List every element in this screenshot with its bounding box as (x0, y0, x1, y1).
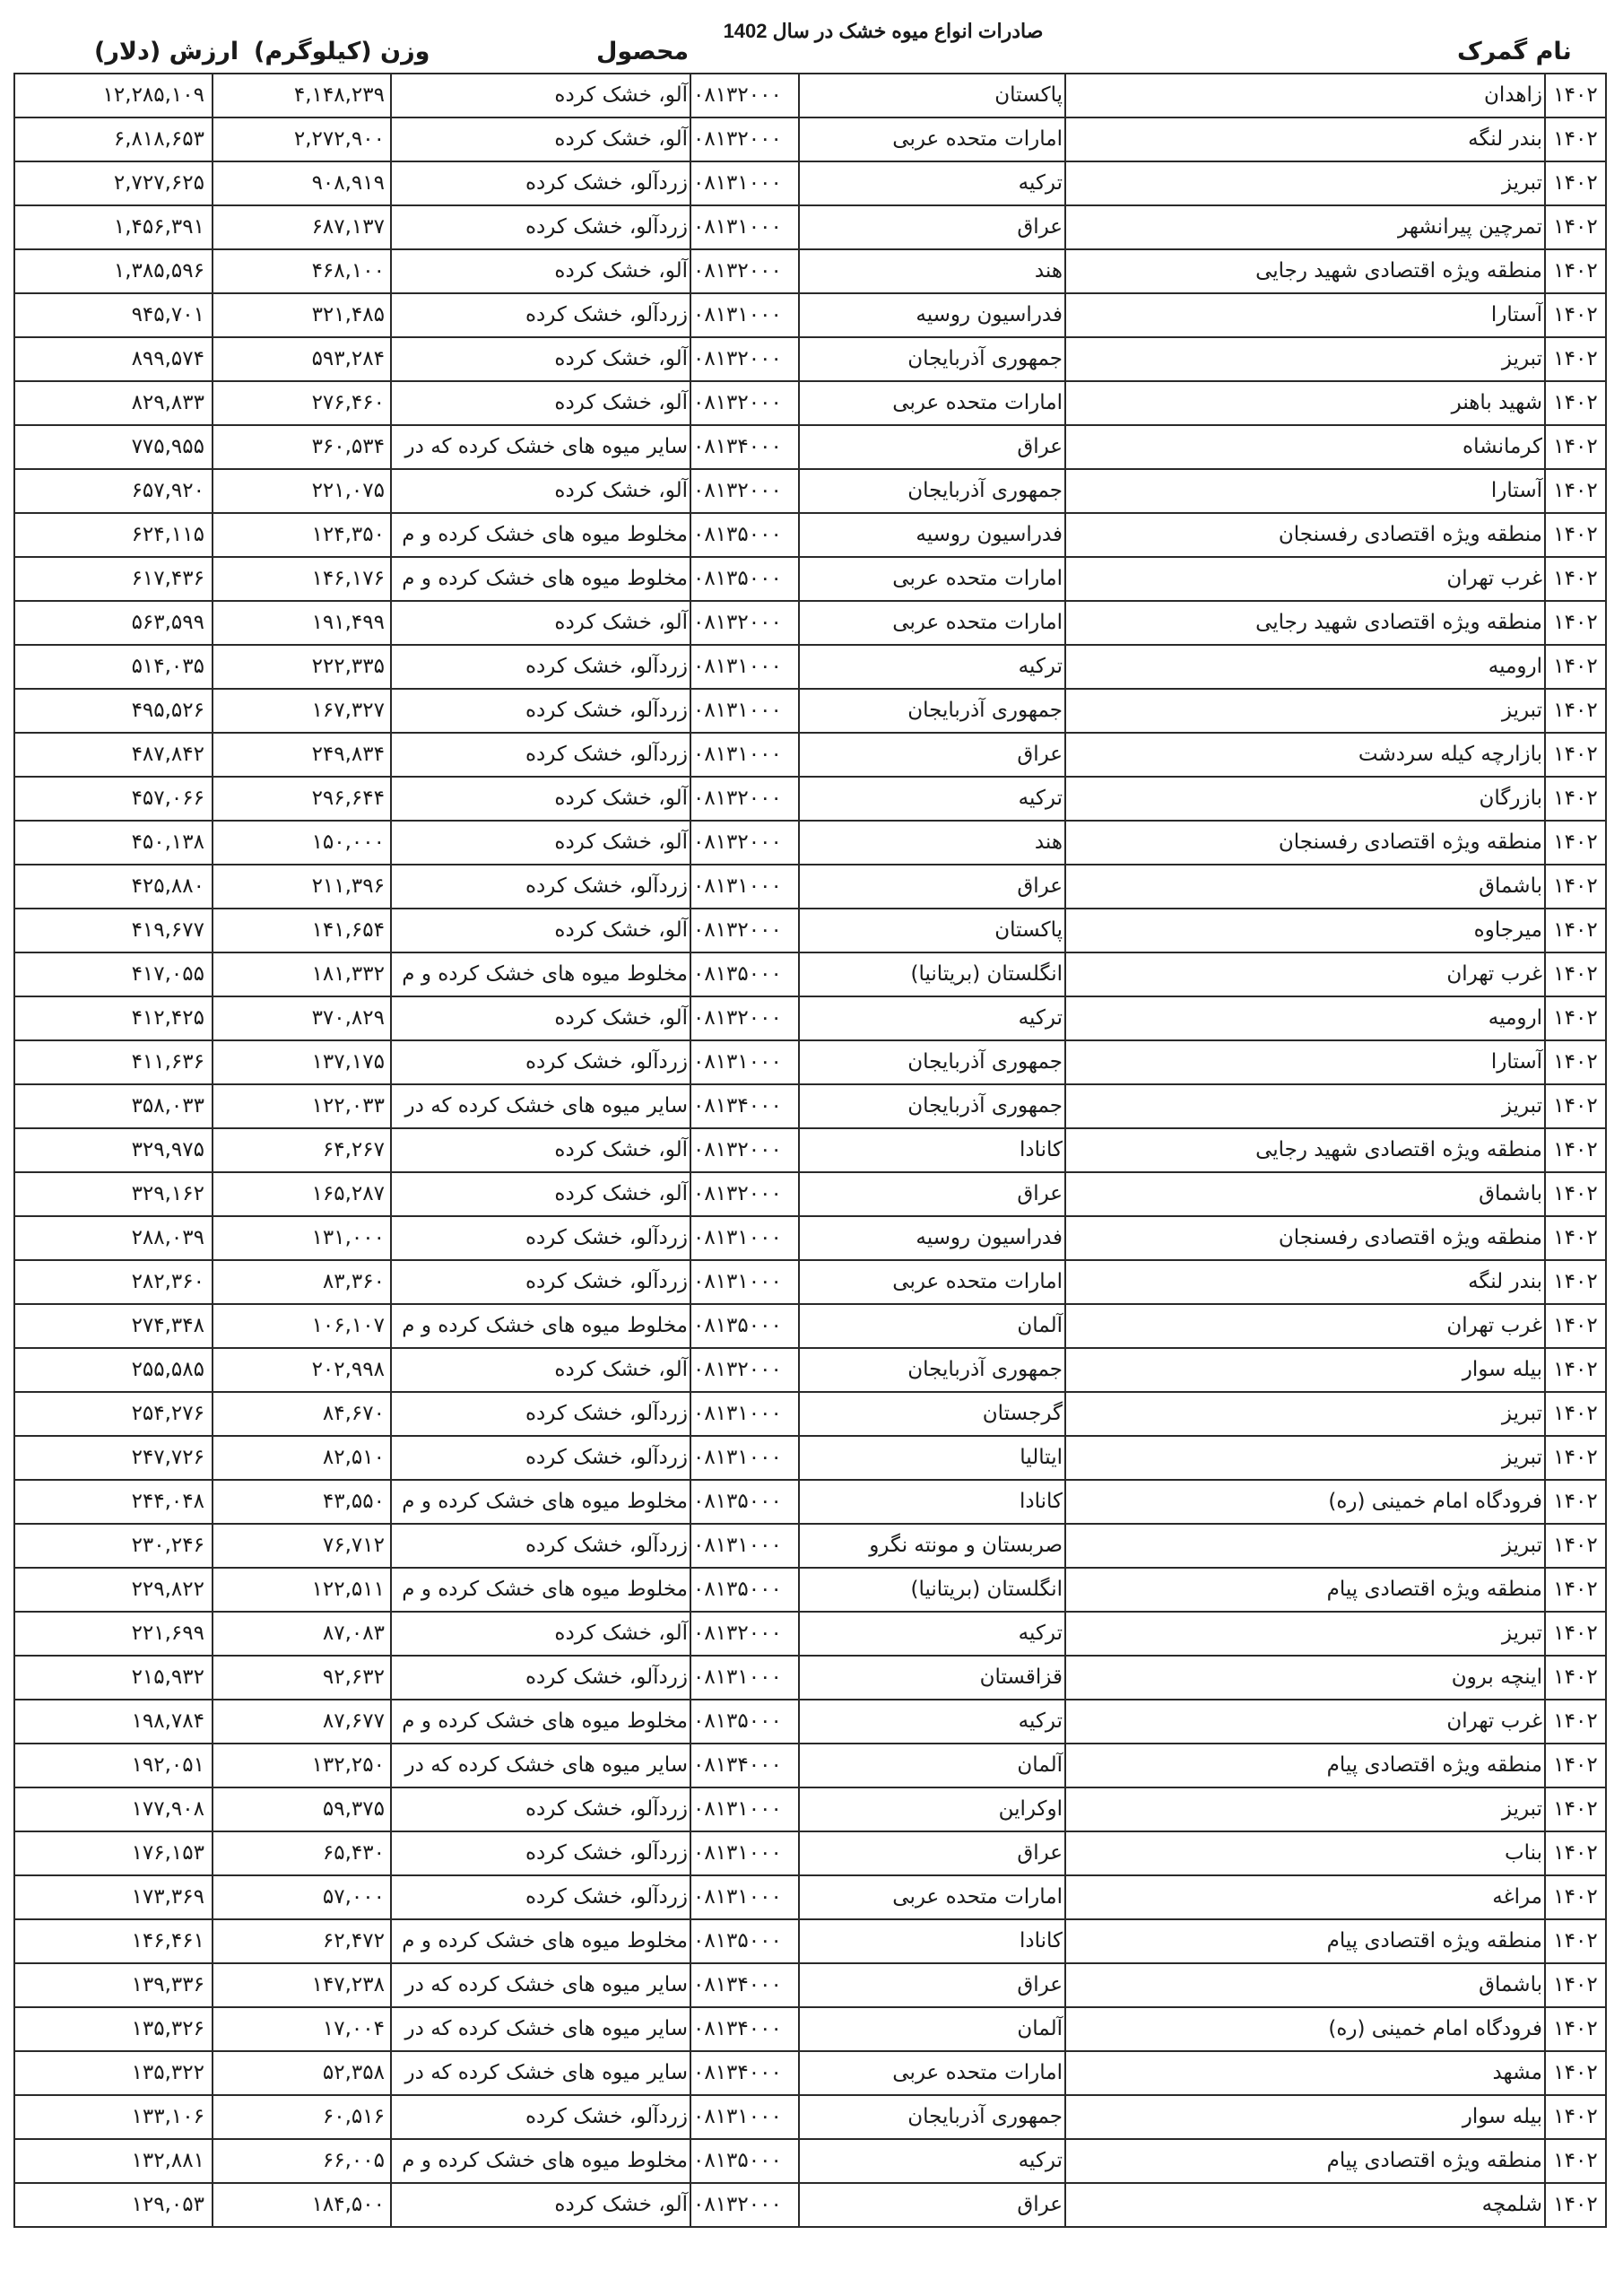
cell-product: آلو، خشک کرده (392, 338, 691, 380)
table-row: ۴۱۲,۴۲۵ ۳۷۰,۸۲۹ آلو، خشک کرده ۰۸۱۳۲۰۰۰ ت… (13, 997, 1607, 1041)
cell-value: ۱۳۲,۸۸۱ (13, 2140, 213, 2182)
cell-hs-code: ۰۸۱۳۱۰۰۰ (691, 1832, 800, 1874)
cell-customs: فرودگاه امام خمینی (ره) (1066, 1481, 1546, 1523)
table-row: ۶۱۷,۴۳۶ ۱۴۶,۱۷۶ مخلوط میوه های خشک کرده … (13, 558, 1607, 602)
cell-weight: ۷۶,۷۱۲ (213, 1525, 392, 1567)
cell-product: زردآلو، خشک کرده (392, 1657, 691, 1699)
cell-year: ۱۴۰۲ (1546, 1041, 1607, 1083)
table-row: ۵۱۴,۰۳۵ ۲۲۲,۳۳۵ زردآلو، خشک کرده ۰۸۱۳۱۰۰… (13, 646, 1607, 690)
cell-hs-code: ۰۸۱۳۵۰۰۰ (691, 1481, 800, 1523)
cell-weight: ۵۷,۰۰۰ (213, 1876, 392, 1918)
cell-weight: ۴۶۸,۱۰۰ (213, 250, 392, 292)
cell-value: ۵۱۴,۰۳۵ (13, 646, 213, 688)
cell-value: ۱۴۶,۴۶۱ (13, 1920, 213, 1962)
cell-customs: شلمچه (1066, 2184, 1546, 2226)
cell-hs-code: ۰۸۱۳۴۰۰۰ (691, 1744, 800, 1787)
cell-hs-code: ۰۸۱۳۴۰۰۰ (691, 426, 800, 468)
cell-value: ۱۳۵,۳۲۲ (13, 2052, 213, 2094)
column-header-customs: نام گمرک (1457, 38, 1572, 65)
cell-year: ۱۴۰۲ (1546, 1876, 1607, 1918)
table-row: ۴۵۷,۰۶۶ ۲۹۶,۶۴۴ آلو، خشک کرده ۰۸۱۳۲۰۰۰ ت… (13, 778, 1607, 822)
cell-customs: منطقه ویژه اقتصادی رفسنجان (1066, 1217, 1546, 1259)
cell-hs-code: ۰۸۱۳۲۰۰۰ (691, 909, 800, 952)
cell-weight: ۲۱۱,۳۹۶ (213, 865, 392, 908)
cell-country: صربستان و مونته نگرو (800, 1525, 1066, 1567)
cell-country: فدراسیون روسیه (800, 294, 1066, 336)
cell-value: ۹۴۵,۷۰۱ (13, 294, 213, 336)
table-row: ۲۳۰,۲۴۶ ۷۶,۷۱۲ زردآلو، خشک کرده ۰۸۱۳۱۰۰۰… (13, 1525, 1607, 1569)
cell-customs: باشماق (1066, 865, 1546, 908)
cell-hs-code: ۰۸۱۳۱۰۰۰ (691, 1041, 800, 1083)
cell-country: فدراسیون روسیه (800, 514, 1066, 556)
cell-hs-code: ۰۸۱۳۱۰۰۰ (691, 1217, 800, 1259)
cell-weight: ۹۲,۶۳۲ (213, 1657, 392, 1699)
cell-hs-code: ۰۸۱۳۲۰۰۰ (691, 1173, 800, 1215)
cell-weight: ۶۶,۰۰۵ (213, 2140, 392, 2182)
cell-product: زردآلو، خشک کرده (392, 1788, 691, 1831)
cell-hs-code: ۰۸۱۳۱۰۰۰ (691, 646, 800, 688)
table-row: ۸۲۹,۸۳۳ ۲۷۶,۴۶۰ آلو، خشک کرده ۰۸۱۳۲۰۰۰ ا… (13, 382, 1607, 426)
cell-weight: ۶۵,۴۳۰ (213, 1832, 392, 1874)
cell-value: ۲۵۴,۲۷۶ (13, 1393, 213, 1435)
table-row: ۱۲۹,۰۵۳ ۱۸۴,۵۰۰ آلو، خشک کرده ۰۸۱۳۲۰۰۰ ع… (13, 2184, 1607, 2228)
cell-year: ۱۴۰۲ (1546, 997, 1607, 1039)
cell-customs: تبریز (1066, 1085, 1546, 1127)
cell-country: هند (800, 250, 1066, 292)
cell-value: ۱۷۶,۱۵۳ (13, 1832, 213, 1874)
cell-value: ۶۱۷,۴۳۶ (13, 558, 213, 600)
cell-country: عراق (800, 865, 1066, 908)
cell-hs-code: ۰۸۱۳۴۰۰۰ (691, 2008, 800, 2050)
cell-year: ۱۴۰۲ (1546, 338, 1607, 380)
cell-country: عراق (800, 206, 1066, 248)
cell-value: ۴۵۷,۰۶۶ (13, 778, 213, 820)
cell-country: انگلستان (بریتانیا) (800, 953, 1066, 996)
cell-value: ۱۹۲,۰۵۱ (13, 1744, 213, 1787)
table-row: ۱۳۳,۱۰۶ ۶۰,۵۱۶ زردآلو، خشک کرده ۰۸۱۳۱۰۰۰… (13, 2096, 1607, 2140)
cell-hs-code: ۰۸۱۳۱۰۰۰ (691, 162, 800, 204)
cell-product: آلو، خشک کرده (392, 118, 691, 161)
cell-value: ۲۸۸,۰۳۹ (13, 1217, 213, 1259)
cell-value: ۳۵۸,۰۳۳ (13, 1085, 213, 1127)
cell-value: ۶۲۴,۱۱۵ (13, 514, 213, 556)
cell-weight: ۸۷,۰۸۳ (213, 1613, 392, 1655)
cell-weight: ۲۴۹,۸۳۴ (213, 734, 392, 776)
cell-hs-code: ۰۸۱۳۵۰۰۰ (691, 1920, 800, 1962)
cell-weight: ۱۸۴,۵۰۰ (213, 2184, 392, 2226)
cell-country: آلمان (800, 1744, 1066, 1787)
cell-customs: منطقه ویژه اقتصادی رفسنجان (1066, 514, 1546, 556)
cell-year: ۱۴۰۲ (1546, 2184, 1607, 2226)
cell-customs: تبریز (1066, 162, 1546, 204)
cell-year: ۱۴۰۲ (1546, 162, 1607, 204)
cell-product: سایر میوه های خشک کرده که در (392, 1085, 691, 1127)
cell-year: ۱۴۰۲ (1546, 1525, 1607, 1567)
cell-product: آلو، خشک کرده (392, 1173, 691, 1215)
cell-value: ۴۱۲,۴۲۵ (13, 997, 213, 1039)
cell-customs: شهید باهنر (1066, 382, 1546, 424)
cell-weight: ۱۶۵,۲۸۷ (213, 1173, 392, 1215)
cell-product: سایر میوه های خشک کرده که در (392, 1744, 691, 1787)
cell-customs: فرودگاه امام خمینی (ره) (1066, 2008, 1546, 2050)
cell-year: ۱۴۰۲ (1546, 865, 1607, 908)
table-row: ۹۴۵,۷۰۱ ۳۲۱,۴۸۵ زردآلو، خشک کرده ۰۸۱۳۱۰۰… (13, 294, 1607, 338)
cell-year: ۱۴۰۲ (1546, 206, 1607, 248)
cell-product: آلو، خشک کرده (392, 1613, 691, 1655)
cell-weight: ۱۰۶,۱۰۷ (213, 1305, 392, 1347)
cell-hs-code: ۰۸۱۳۲۰۰۰ (691, 997, 800, 1039)
table-row: ۴۱۹,۶۷۷ ۱۴۱,۶۵۴ آلو، خشک کرده ۰۸۱۳۲۰۰۰ پ… (13, 909, 1607, 953)
cell-value: ۱۳۳,۱۰۶ (13, 2096, 213, 2138)
cell-year: ۱۴۰۲ (1546, 1173, 1607, 1215)
cell-weight: ۱۸۱,۳۳۲ (213, 953, 392, 996)
table-row: ۶,۸۱۸,۶۵۳ ۲,۲۷۲,۹۰۰ آلو، خشک کرده ۰۸۱۳۲۰… (13, 118, 1607, 162)
cell-year: ۱۴۰۲ (1546, 1085, 1607, 1127)
cell-weight: ۵۲,۳۵۸ (213, 2052, 392, 2094)
cell-year: ۱۴۰۲ (1546, 646, 1607, 688)
cell-value: ۲۷۴,۳۴۸ (13, 1305, 213, 1347)
cell-customs: آستارا (1066, 1041, 1546, 1083)
table-row: ۲۲۱,۶۹۹ ۸۷,۰۸۳ آلو، خشک کرده ۰۸۱۳۲۰۰۰ تر… (13, 1613, 1607, 1657)
cell-customs: مراغه (1066, 1876, 1546, 1918)
table-row: ۴۱۱,۶۳۶ ۱۳۷,۱۷۵ زردآلو، خشک کرده ۰۸۱۳۱۰۰… (13, 1041, 1607, 1085)
cell-hs-code: ۰۸۱۳۱۰۰۰ (691, 294, 800, 336)
cell-value: ۱۷۷,۹۰۸ (13, 1788, 213, 1831)
cell-weight: ۱۳۲,۲۵۰ (213, 1744, 392, 1787)
cell-hs-code: ۰۸۱۳۲۰۰۰ (691, 250, 800, 292)
table-row: ۱,۴۵۶,۳۹۱ ۶۸۷,۱۳۷ زردآلو، خشک کرده ۰۸۱۳۱… (13, 206, 1607, 250)
cell-country: کانادا (800, 1920, 1066, 1962)
cell-product: آلو، خشک کرده (392, 250, 691, 292)
table-row: ۷۷۵,۹۵۵ ۳۶۰,۵۳۴ سایر میوه های خشک کرده ک… (13, 426, 1607, 470)
cell-product: مخلوط میوه های خشک کرده و م (392, 1569, 691, 1611)
cell-year: ۱۴۰۲ (1546, 382, 1607, 424)
column-header-weight: وزن (کیلوگرم) (254, 38, 430, 65)
cell-year: ۱۴۰۲ (1546, 822, 1607, 864)
cell-hs-code: ۰۸۱۳۱۰۰۰ (691, 1437, 800, 1479)
cell-customs: بناب (1066, 1832, 1546, 1874)
cell-weight: ۸۷,۶۷۷ (213, 1700, 392, 1743)
cell-year: ۱۴۰۲ (1546, 1788, 1607, 1831)
cell-year: ۱۴۰۲ (1546, 778, 1607, 820)
cell-hs-code: ۰۸۱۳۲۰۰۰ (691, 2184, 800, 2226)
cell-hs-code: ۰۸۱۳۱۰۰۰ (691, 1876, 800, 1918)
cell-product: آلو، خشک کرده (392, 1349, 691, 1391)
cell-value: ۲۴۴,۰۴۸ (13, 1481, 213, 1523)
table-row: ۳۲۹,۱۶۲ ۱۶۵,۲۸۷ آلو، خشک کرده ۰۸۱۳۲۰۰۰ ع… (13, 1173, 1607, 1217)
cell-year: ۱۴۰۲ (1546, 1481, 1607, 1523)
cell-hs-code: ۰۸۱۳۱۰۰۰ (691, 1525, 800, 1567)
cell-customs: تبریز (1066, 1613, 1546, 1655)
table-row: ۲۱۵,۹۳۲ ۹۲,۶۳۲ زردآلو، خشک کرده ۰۸۱۳۱۰۰۰… (13, 1657, 1607, 1700)
cell-year: ۱۴۰۲ (1546, 1657, 1607, 1699)
cell-country: کانادا (800, 1481, 1066, 1523)
cell-hs-code: ۰۸۱۳۱۰۰۰ (691, 1788, 800, 1831)
table-row: ۴۲۵,۸۸۰ ۲۱۱,۳۹۶ زردآلو، خشک کرده ۰۸۱۳۱۰۰… (13, 865, 1607, 909)
cell-hs-code: ۰۸۱۳۴۰۰۰ (691, 1085, 800, 1127)
cell-hs-code: ۰۸۱۳۵۰۰۰ (691, 953, 800, 996)
cell-customs: تبریز (1066, 1393, 1546, 1435)
cell-product: آلو، خشک کرده (392, 382, 691, 424)
table-row: ۱۴۶,۴۶۱ ۶۲,۴۷۲ مخلوط میوه های خشک کرده و… (13, 1920, 1607, 1964)
cell-country: ترکیه (800, 778, 1066, 820)
cell-year: ۱۴۰۲ (1546, 426, 1607, 468)
cell-value: ۶,۸۱۸,۶۵۳ (13, 118, 213, 161)
cell-year: ۱۴۰۲ (1546, 1832, 1607, 1874)
cell-value: ۲۸۲,۳۶۰ (13, 1261, 213, 1303)
cell-value: ۴۱۱,۶۳۶ (13, 1041, 213, 1083)
cell-product: آلو، خشک کرده (392, 470, 691, 512)
cell-product: زردآلو، خشک کرده (392, 1393, 691, 1435)
cell-country: ترکیه (800, 1613, 1066, 1655)
cell-country: اوکراین (800, 1788, 1066, 1831)
cell-year: ۱۴۰۲ (1546, 1393, 1607, 1435)
cell-value: ۱۳۵,۳۲۶ (13, 2008, 213, 2050)
cell-country: عراق (800, 426, 1066, 468)
cell-year: ۱۴۰۲ (1546, 294, 1607, 336)
cell-country: پاکستان (800, 909, 1066, 952)
cell-country: کانادا (800, 1129, 1066, 1171)
cell-year: ۱۴۰۲ (1546, 2052, 1607, 2094)
cell-value: ۸۹۹,۵۷۴ (13, 338, 213, 380)
cell-hs-code: ۰۸۱۳۲۰۰۰ (691, 470, 800, 512)
cell-customs: ارومیه (1066, 997, 1546, 1039)
cell-customs: باشماق (1066, 1173, 1546, 1215)
cell-year: ۱۴۰۲ (1546, 514, 1607, 556)
cell-product: مخلوط میوه های خشک کرده و م (392, 514, 691, 556)
cell-customs: اینچه برون (1066, 1657, 1546, 1699)
table-row: ۴۹۵,۵۲۶ ۱۶۷,۳۲۷ زردآلو، خشک کرده ۰۸۱۳۱۰۰… (13, 690, 1607, 734)
cell-product: مخلوط میوه های خشک کرده و م (392, 1700, 691, 1743)
cell-country: امارات متحده عربی (800, 602, 1066, 644)
cell-product: زردآلو، خشک کرده (392, 734, 691, 776)
table-row: ۱۷۳,۳۶۹ ۵۷,۰۰۰ زردآلو، خشک کرده ۰۸۱۳۱۰۰۰… (13, 1876, 1607, 1920)
cell-weight: ۱۳۱,۰۰۰ (213, 1217, 392, 1259)
cell-customs: غرب تهران (1066, 1700, 1546, 1743)
cell-year: ۱۴۰۲ (1546, 1744, 1607, 1787)
table-row: ۶۲۴,۱۱۵ ۱۲۴,۳۵۰ مخلوط میوه های خشک کرده … (13, 514, 1607, 558)
cell-customs: منطقه ویژه اقتصادی پیام (1066, 1920, 1546, 1962)
cell-customs: منطقه ویژه اقتصادی پیام (1066, 1569, 1546, 1611)
cell-country: امارات متحده عربی (800, 558, 1066, 600)
cell-product: زردآلو، خشک کرده (392, 2096, 691, 2138)
cell-product: زردآلو، خشک کرده (392, 206, 691, 248)
table-row: ۲۸۸,۰۳۹ ۱۳۱,۰۰۰ زردآلو، خشک کرده ۰۸۱۳۱۰۰… (13, 1217, 1607, 1261)
cell-customs: منطقه ویژه اقتصادی پیام (1066, 1744, 1546, 1787)
cell-hs-code: ۰۸۱۳۲۰۰۰ (691, 778, 800, 820)
cell-hs-code: ۰۸۱۳۱۰۰۰ (691, 206, 800, 248)
cell-weight: ۲۰۲,۹۹۸ (213, 1349, 392, 1391)
table-row: ۲۴۴,۰۴۸ ۴۳,۵۵۰ مخلوط میوه های خشک کرده و… (13, 1481, 1607, 1525)
cell-hs-code: ۰۸۱۳۵۰۰۰ (691, 558, 800, 600)
cell-hs-code: ۰۸۱۳۲۰۰۰ (691, 338, 800, 380)
cell-weight: ۶۴,۲۶۷ (213, 1129, 392, 1171)
cell-weight: ۱۴۱,۶۵۴ (213, 909, 392, 952)
cell-product: آلو، خشک کرده (392, 822, 691, 864)
cell-value: ۴۱۷,۰۵۵ (13, 953, 213, 996)
cell-customs: تبریز (1066, 338, 1546, 380)
table-row: ۱,۳۸۵,۵۹۶ ۴۶۸,۱۰۰ آلو، خشک کرده ۰۸۱۳۲۰۰۰… (13, 250, 1607, 294)
cell-value: ۴۲۵,۸۸۰ (13, 865, 213, 908)
table-row: ۲۴۷,۷۲۶ ۸۲,۵۱۰ زردآلو، خشک کرده ۰۸۱۳۱۰۰۰… (13, 1437, 1607, 1481)
cell-year: ۱۴۰۲ (1546, 602, 1607, 644)
cell-customs: غرب تهران (1066, 953, 1546, 996)
cell-hs-code: ۰۸۱۳۱۰۰۰ (691, 1393, 800, 1435)
cell-product: زردآلو، خشک کرده (392, 646, 691, 688)
cell-weight: ۱۴۶,۱۷۶ (213, 558, 392, 600)
cell-product: سایر میوه های خشک کرده که در (392, 426, 691, 468)
table-row: ۶۵۷,۹۲۰ ۲۲۱,۰۷۵ آلو، خشک کرده ۰۸۱۳۲۰۰۰ ج… (13, 470, 1607, 514)
cell-country: عراق (800, 1173, 1066, 1215)
cell-value: ۲۵۵,۵۸۵ (13, 1349, 213, 1391)
cell-weight: ۸۲,۵۱۰ (213, 1437, 392, 1479)
cell-product: مخلوط میوه های خشک کرده و م (392, 1305, 691, 1347)
cell-hs-code: ۰۸۱۳۵۰۰۰ (691, 1569, 800, 1611)
table-row: ۴۱۷,۰۵۵ ۱۸۱,۳۳۲ مخلوط میوه های خشک کرده … (13, 953, 1607, 997)
cell-customs: تبریز (1066, 690, 1546, 732)
cell-country: ترکیه (800, 997, 1066, 1039)
cell-weight: ۱۲۴,۳۵۰ (213, 514, 392, 556)
cell-country: فدراسیون روسیه (800, 1217, 1066, 1259)
cell-year: ۱۴۰۲ (1546, 953, 1607, 996)
cell-year: ۱۴۰۲ (1546, 250, 1607, 292)
cell-product: زردآلو، خشک کرده (392, 1876, 691, 1918)
table-row: ۲۵۵,۵۸۵ ۲۰۲,۹۹۸ آلو، خشک کرده ۰۸۱۳۲۰۰۰ ج… (13, 1349, 1607, 1393)
cell-year: ۱۴۰۲ (1546, 1700, 1607, 1743)
cell-product: آلو، خشک کرده (392, 909, 691, 952)
cell-weight: ۲۷۶,۴۶۰ (213, 382, 392, 424)
cell-value: ۱۲۹,۰۵۳ (13, 2184, 213, 2226)
cell-weight: ۱۷,۰۰۴ (213, 2008, 392, 2050)
cell-value: ۱,۴۵۶,۳۹۱ (13, 206, 213, 248)
table-row: ۲,۷۲۷,۶۲۵ ۹۰۸,۹۱۹ زردآلو، خشک کرده ۰۸۱۳۱… (13, 162, 1607, 206)
table-row: ۲۵۴,۲۷۶ ۸۴,۶۷۰ زردآلو، خشک کرده ۰۸۱۳۱۰۰۰… (13, 1393, 1607, 1437)
table-row: ۵۶۳,۵۹۹ ۱۹۱,۴۹۹ آلو، خشک کرده ۰۸۱۳۲۰۰۰ ا… (13, 602, 1607, 646)
cell-year: ۱۴۰۲ (1546, 558, 1607, 600)
cell-product: سایر میوه های خشک کرده که در (392, 2008, 691, 2050)
table-row: ۱۹۲,۰۵۱ ۱۳۲,۲۵۰ سایر میوه های خشک کرده ک… (13, 1744, 1607, 1788)
cell-weight: ۴۳,۵۵۰ (213, 1481, 392, 1523)
cell-year: ۱۴۰۲ (1546, 1920, 1607, 1962)
cell-value: ۲۱۵,۹۳۲ (13, 1657, 213, 1699)
cell-customs: تمرچین پیرانشهر (1066, 206, 1546, 248)
cell-value: ۵۶۳,۵۹۹ (13, 602, 213, 644)
cell-customs: بیله سوار (1066, 2096, 1546, 2138)
cell-value: ۲۴۷,۷۲۶ (13, 1437, 213, 1479)
cell-product: زردآلو، خشک کرده (392, 1525, 691, 1567)
cell-hs-code: ۰۸۱۳۲۰۰۰ (691, 382, 800, 424)
cell-customs: باشماق (1066, 1964, 1546, 2006)
cell-country: عراق (800, 1964, 1066, 2006)
cell-weight: ۸۳,۳۶۰ (213, 1261, 392, 1303)
cell-weight: ۴,۱۴۸,۲۳۹ (213, 74, 392, 117)
cell-customs: بندر لنگه (1066, 118, 1546, 161)
cell-value: ۳۲۹,۹۷۵ (13, 1129, 213, 1171)
table-row: ۱۳۵,۳۲۲ ۵۲,۳۵۸ سایر میوه های خشک کرده که… (13, 2052, 1607, 2096)
cell-weight: ۱۵۰,۰۰۰ (213, 822, 392, 864)
cell-weight: ۱۲۲,۰۳۳ (213, 1085, 392, 1127)
cell-product: زردآلو، خشک کرده (392, 865, 691, 908)
cell-country: امارات متحده عربی (800, 118, 1066, 161)
exports-table: ۱۲,۲۸۵,۱۰۹ ۴,۱۴۸,۲۳۹ آلو، خشک کرده ۰۸۱۳۲… (13, 73, 1607, 2228)
cell-weight: ۱۴۷,۲۳۸ (213, 1964, 392, 2006)
cell-customs: غرب تهران (1066, 558, 1546, 600)
cell-product: آلو، خشک کرده (392, 1129, 691, 1171)
cell-year: ۱۴۰۲ (1546, 734, 1607, 776)
cell-customs: آستارا (1066, 294, 1546, 336)
cell-value: ۶۵۷,۹۲۰ (13, 470, 213, 512)
cell-country: هند (800, 822, 1066, 864)
cell-country: آلمان (800, 1305, 1066, 1347)
cell-hs-code: ۰۸۱۳۲۰۰۰ (691, 822, 800, 864)
cell-weight: ۱۶۷,۳۲۷ (213, 690, 392, 732)
cell-year: ۱۴۰۲ (1546, 2096, 1607, 2138)
cell-year: ۱۴۰۲ (1546, 1437, 1607, 1479)
cell-weight: ۶۰,۵۱۶ (213, 2096, 392, 2138)
cell-year: ۱۴۰۲ (1546, 1217, 1607, 1259)
cell-customs: منطقه ویژه اقتصادی شهید رجایی (1066, 602, 1546, 644)
cell-hs-code: ۰۸۱۳۵۰۰۰ (691, 1305, 800, 1347)
cell-country: قزاقستان (800, 1657, 1066, 1699)
cell-value: ۲۲۹,۸۲۲ (13, 1569, 213, 1611)
table-row: ۱۳۲,۸۸۱ ۶۶,۰۰۵ مخلوط میوه های خشک کرده و… (13, 2140, 1607, 2184)
table-row: ۱۲,۲۸۵,۱۰۹ ۴,۱۴۸,۲۳۹ آلو، خشک کرده ۰۸۱۳۲… (13, 74, 1607, 118)
cell-year: ۱۴۰۲ (1546, 690, 1607, 732)
table-row: ۲۸۲,۳۶۰ ۸۳,۳۶۰ زردآلو، خشک کرده ۰۸۱۳۱۰۰۰… (13, 1261, 1607, 1305)
cell-product: مخلوط میوه های خشک کرده و م (392, 1481, 691, 1523)
cell-year: ۱۴۰۲ (1546, 1129, 1607, 1171)
cell-customs: بازرگان (1066, 778, 1546, 820)
cell-hs-code: ۰۸۱۳۱۰۰۰ (691, 734, 800, 776)
cell-weight: ۲۹۶,۶۴۴ (213, 778, 392, 820)
cell-country: عراق (800, 1832, 1066, 1874)
cell-country: عراق (800, 734, 1066, 776)
cell-customs: آستارا (1066, 470, 1546, 512)
cell-weight: ۶۲,۴۷۲ (213, 1920, 392, 1962)
cell-hs-code: ۰۸۱۳۴۰۰۰ (691, 1964, 800, 2006)
cell-hs-code: ۰۸۱۳۲۰۰۰ (691, 1349, 800, 1391)
cell-value: ۱۹۸,۷۸۴ (13, 1700, 213, 1743)
cell-hs-code: ۰۸۱۳۲۰۰۰ (691, 602, 800, 644)
cell-customs: منطقه ویژه اقتصادی شهید رجایی (1066, 250, 1546, 292)
cell-country: امارات متحده عربی (800, 382, 1066, 424)
cell-weight: ۱۲۲,۵۱۱ (213, 1569, 392, 1611)
cell-product: زردآلو، خشک کرده (392, 690, 691, 732)
cell-product: زردآلو، خشک کرده (392, 1832, 691, 1874)
cell-weight: ۱۳۷,۱۷۵ (213, 1041, 392, 1083)
cell-year: ۱۴۰۲ (1546, 1569, 1607, 1611)
cell-country: گرجستان (800, 1393, 1066, 1435)
cell-customs: زاهدان (1066, 74, 1546, 117)
cell-year: ۱۴۰۲ (1546, 118, 1607, 161)
cell-customs: بازارچه کیله سردشت (1066, 734, 1546, 776)
cell-year: ۱۴۰۲ (1546, 1349, 1607, 1391)
cell-product: زردآلو، خشک کرده (392, 1261, 691, 1303)
cell-country: امارات متحده عربی (800, 1261, 1066, 1303)
cell-product: زردآلو، خشک کرده (392, 1041, 691, 1083)
cell-country: عراق (800, 2184, 1066, 2226)
cell-product: زردآلو، خشک کرده (392, 294, 691, 336)
cell-product: آلو، خشک کرده (392, 778, 691, 820)
cell-country: جمهوری آذربایجان (800, 1085, 1066, 1127)
cell-customs: غرب تهران (1066, 1305, 1546, 1347)
cell-year: ۱۴۰۲ (1546, 2008, 1607, 2050)
cell-weight: ۲۲۲,۳۳۵ (213, 646, 392, 688)
cell-weight: ۵۹,۳۷۵ (213, 1788, 392, 1831)
cell-country: جمهوری آذربایجان (800, 2096, 1066, 2138)
table-row: ۱۳۵,۳۲۶ ۱۷,۰۰۴ سایر میوه های خشک کرده که… (13, 2008, 1607, 2052)
cell-country: ترکیه (800, 646, 1066, 688)
